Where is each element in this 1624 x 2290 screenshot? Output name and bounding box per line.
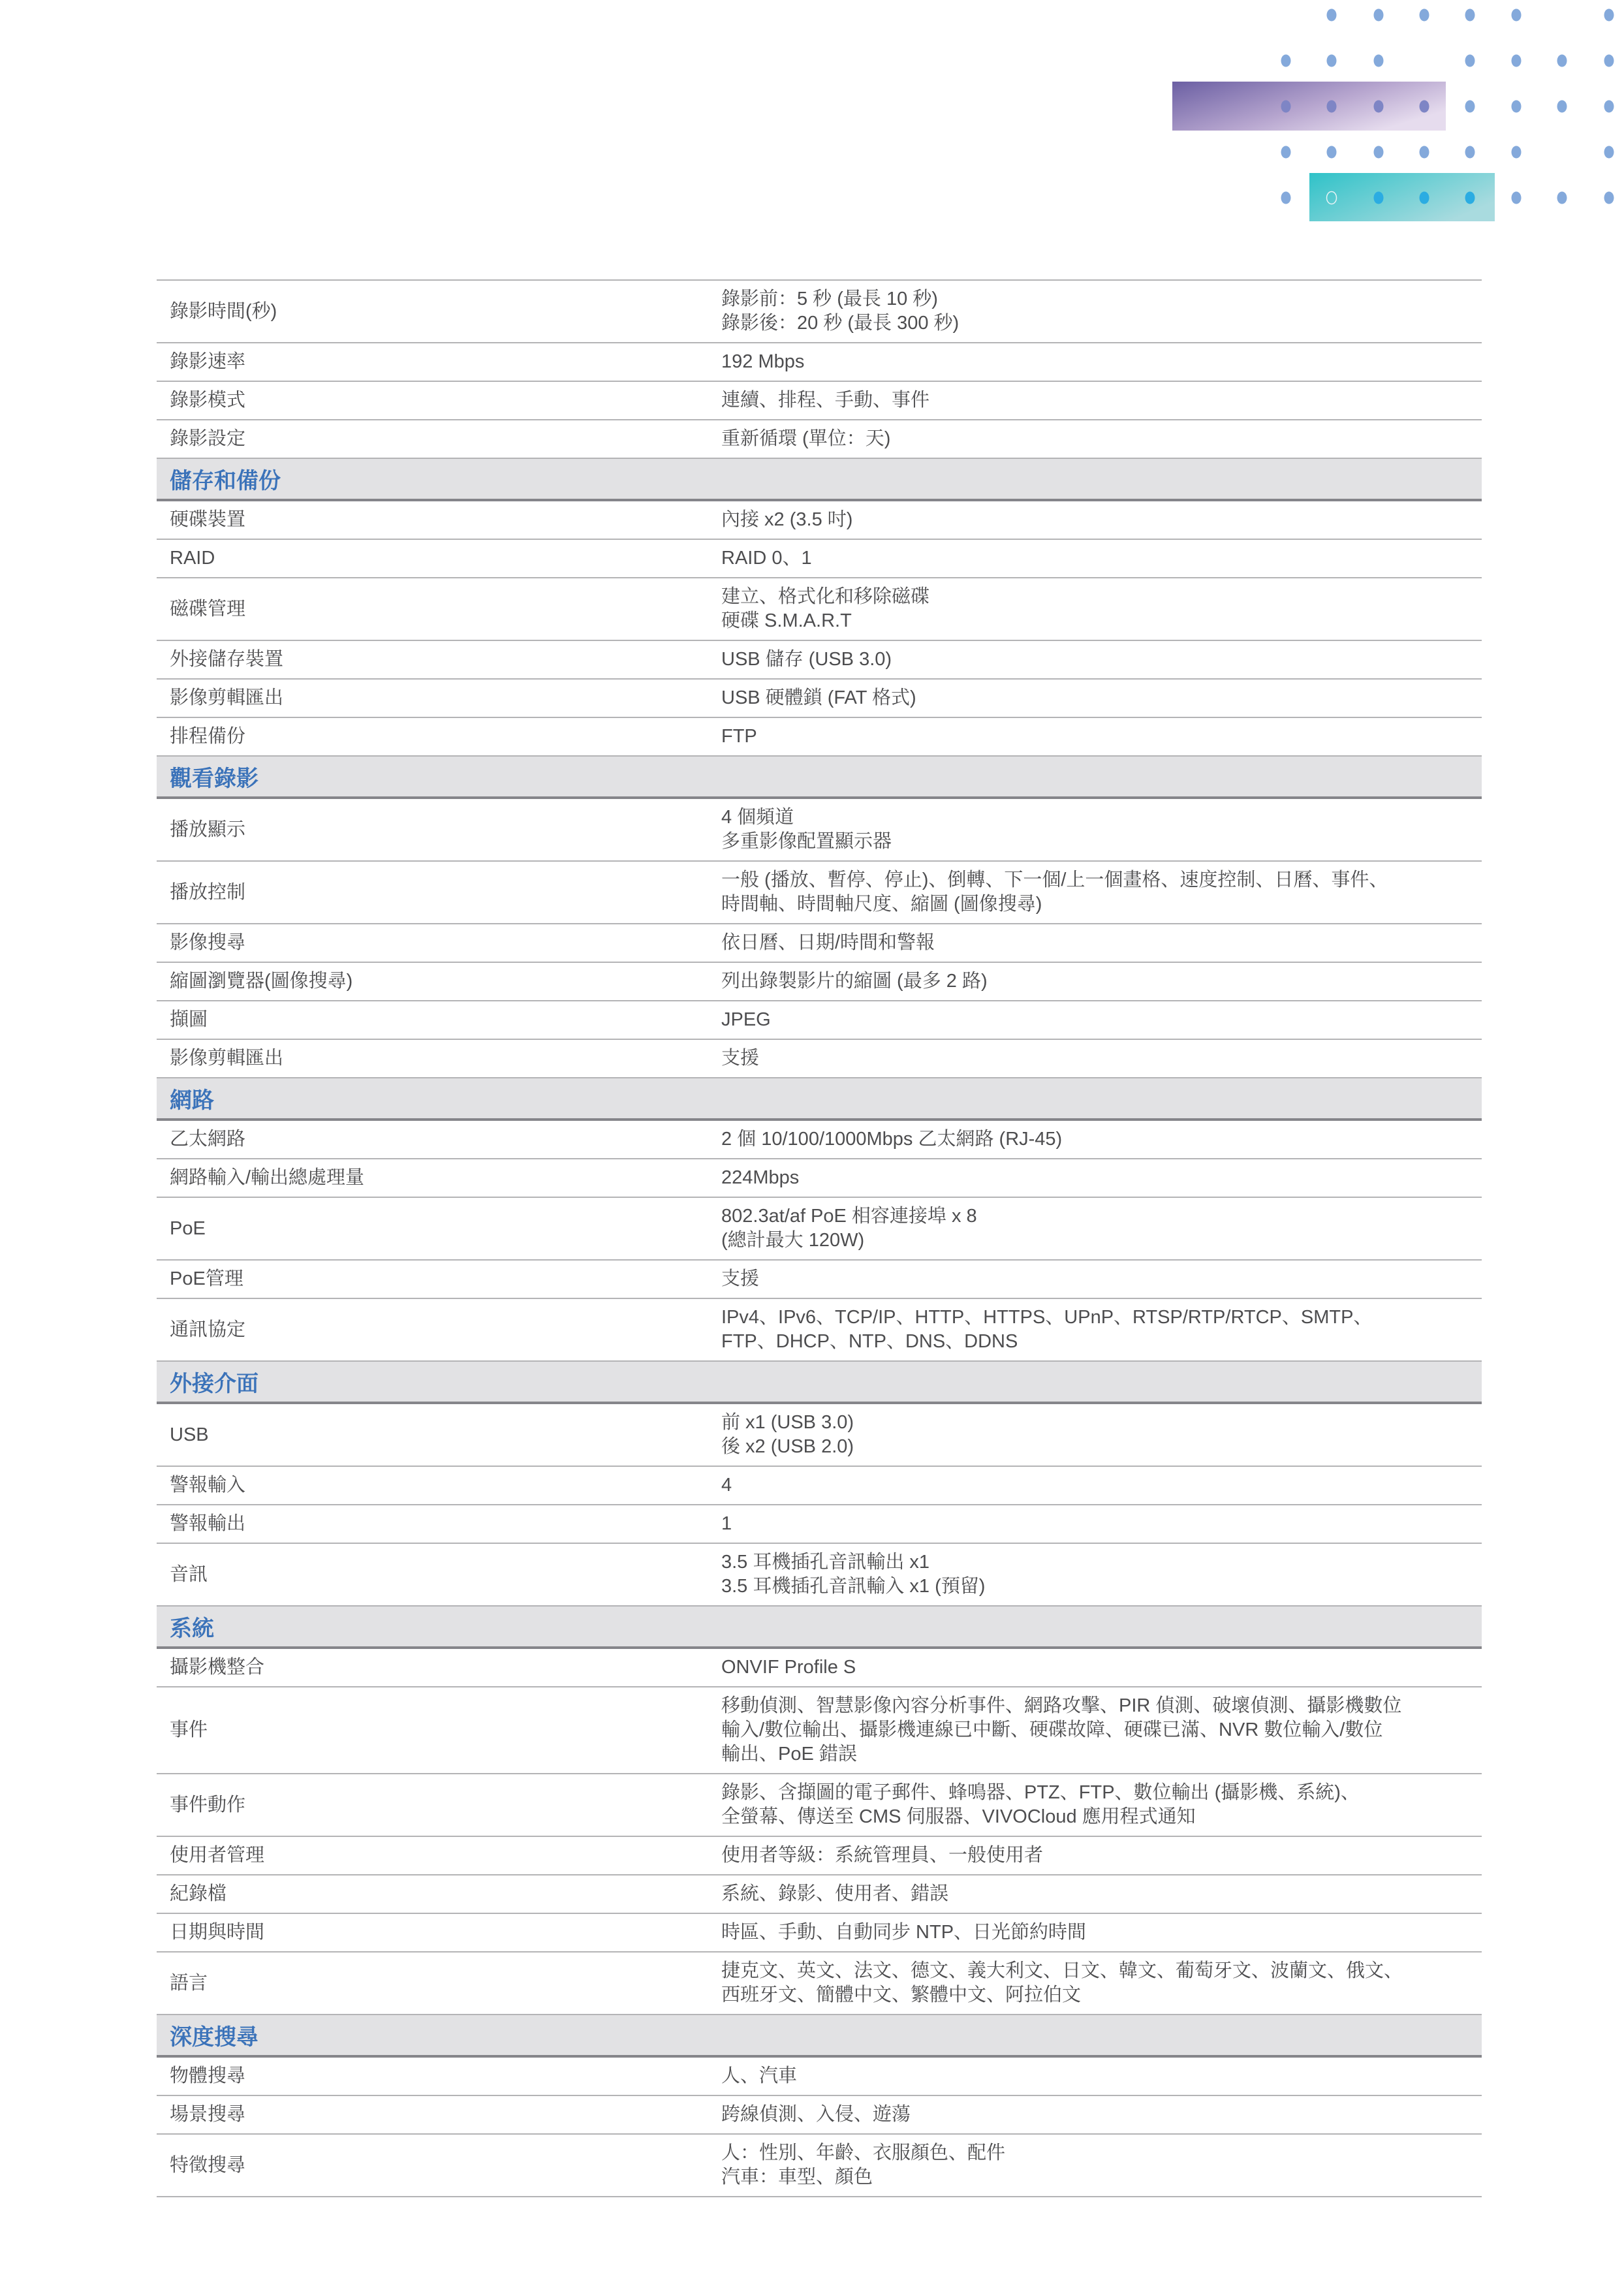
spec-value-line: 4 (721, 1473, 1482, 1498)
section-header: 觀看錄影 (157, 757, 1482, 799)
spec-value: 802.3at/af PoE 相容連接埠 x 8(總計最大 120W) (721, 1204, 1482, 1253)
spec-row: 播放顯示4 個頻道多重影像配置顯示器 (157, 799, 1482, 862)
spec-label: 警報輸入 (157, 1473, 721, 1498)
spec-value: 3.5 耳機插孔音訊輸出 x13.5 耳機插孔音訊輸入 x1 (預留) (721, 1550, 1482, 1599)
spec-value-line: 時區、手動、自動同步 NTP、日光節約時間 (721, 1921, 1482, 1945)
spec-row: 影像剪輯匯出USB 硬體鎖 (FAT 格式) (157, 680, 1482, 718)
spec-row: 磁碟管理建立、格式化和移除磁碟硬碟 S.M.A.R.T (157, 578, 1482, 641)
spec-row: 使用者管理使用者等級：系統管理員、一般使用者 (157, 1837, 1482, 1875)
spec-value-line: 人：性別、年齡、衣服顏色、配件 (721, 2141, 1482, 2165)
spec-value: 依日曆、日期/時間和警報 (721, 931, 1482, 955)
spec-row: 播放控制一般 (播放、暫停、停止)、倒轉、下一個/上一個畫格、速度控制、日曆、事… (157, 862, 1482, 924)
spec-value-line: 224Mbps (721, 1166, 1482, 1190)
spec-label: 場景搜尋 (157, 2103, 721, 2127)
spec-value: 224Mbps (721, 1166, 1482, 1190)
spec-label: 擷圖 (157, 1008, 721, 1032)
spec-value-line: 4 個頻道 (721, 806, 1482, 830)
spec-value-line: 依日曆、日期/時間和警報 (721, 931, 1482, 955)
spec-value: 1 (721, 1512, 1482, 1536)
spec-value-line: 錄影、含擷圖的電子郵件、蜂鳴器、PTZ、FTP、數位輸出 (攝影機、系統)、 (721, 1781, 1482, 1805)
spec-value-line: 系統、錄影、使用者、錯誤 (721, 1882, 1482, 1906)
spec-value-line: 後 x2 (USB 2.0) (721, 1435, 1482, 1459)
spec-row: USB前 x1 (USB 3.0)後 x2 (USB 2.0) (157, 1404, 1482, 1467)
spec-label: 乙太網路 (157, 1127, 721, 1152)
spec-row: 事件動作錄影、含擷圖的電子郵件、蜂鳴器、PTZ、FTP、數位輸出 (攝影機、系統… (157, 1774, 1482, 1837)
spec-label: 語言 (157, 1971, 721, 1996)
spec-label: 錄影模式 (157, 388, 721, 413)
spec-row: PoE管理支援 (157, 1261, 1482, 1299)
spec-label: 音訊 (157, 1563, 721, 1587)
spec-value: ONVIF Profile S (721, 1655, 1482, 1680)
section-title: 系統 (170, 1610, 214, 1642)
spec-value-line: JPEG (721, 1008, 1482, 1032)
spec-value: 支援 (721, 1267, 1482, 1291)
spec-row: 語言捷克文、英文、法文、德文、義大利文、日文、韓文、葡萄牙文、波蘭文、俄文、西班… (157, 1953, 1482, 2015)
section-header: 系統 (157, 1607, 1482, 1649)
spec-value-line: 錄影前：5 秒 (最長 10 秒) (721, 287, 1482, 311)
spec-label: PoE (157, 1217, 721, 1241)
spec-value: 時區、手動、自動同步 NTP、日光節約時間 (721, 1921, 1482, 1945)
spec-label: 物體搜尋 (157, 2064, 721, 2088)
spec-row: 乙太網路2 個 10/100/1000Mbps 乙太網路 (RJ-45) (157, 1121, 1482, 1159)
spec-label: 日期與時間 (157, 1921, 721, 1945)
spec-row: 錄影設定重新循環 (單位：天) (157, 420, 1482, 459)
spec-row: 音訊3.5 耳機插孔音訊輸出 x13.5 耳機插孔音訊輸入 x1 (預留) (157, 1544, 1482, 1607)
spec-label: 錄影速率 (157, 350, 721, 374)
spec-value-line: 建立、格式化和移除磁碟 (721, 585, 1482, 609)
spec-value-line: 1 (721, 1512, 1482, 1536)
spec-label: 特徵搜尋 (157, 2154, 721, 2178)
spec-value-line: 前 x1 (USB 3.0) (721, 1411, 1482, 1435)
spec-value-line: ONVIF Profile S (721, 1655, 1482, 1680)
spec-value-line: 支援 (721, 1267, 1482, 1291)
spec-row: 紀錄檔系統、錄影、使用者、錯誤 (157, 1875, 1482, 1914)
spec-value: 跨線偵測、入侵、遊蕩 (721, 2103, 1482, 2127)
spec-value-line: (總計最大 120W) (721, 1229, 1482, 1253)
spec-row: 影像剪輯匯出支援 (157, 1040, 1482, 1078)
spec-row: 警報輸入4 (157, 1467, 1482, 1505)
section-header: 網路 (157, 1078, 1482, 1121)
spec-label: 影像搜尋 (157, 931, 721, 955)
spec-label: 事件 (157, 1718, 721, 1742)
spec-row: 錄影模式連續、排程、手動、事件 (157, 382, 1482, 420)
spec-value-line: 使用者等級：系統管理員、一般使用者 (721, 1843, 1482, 1868)
spec-value-line: 802.3at/af PoE 相容連接埠 x 8 (721, 1204, 1482, 1229)
spec-value-line: RAID 0、1 (721, 546, 1482, 571)
spec-row: 物體搜尋人、汽車 (157, 2058, 1482, 2096)
spec-label: 紀錄檔 (157, 1882, 721, 1906)
spec-value: 192 Mbps (721, 350, 1482, 374)
spec-value-line: IPv4、IPv6、TCP/IP、HTTP、HTTPS、UPnP、RTSP/RT… (721, 1306, 1482, 1330)
spec-label: 播放控制 (157, 881, 721, 905)
spec-value-line: 捷克文、英文、法文、德文、義大利文、日文、韓文、葡萄牙文、波蘭文、俄文、 (721, 1959, 1482, 1983)
spec-label: 排程備份 (157, 725, 721, 749)
spec-label: 警報輸出 (157, 1512, 721, 1536)
spec-value: 系統、錄影、使用者、錯誤 (721, 1882, 1482, 1906)
spec-value-line: 連續、排程、手動、事件 (721, 388, 1482, 413)
spec-value-line: 西班牙文、簡體中文、繁體中文、阿拉伯文 (721, 1983, 1482, 2007)
spec-value: USB 硬體鎖 (FAT 格式) (721, 686, 1482, 710)
spec-value-line: 輸入/數位輸出、攝影機連線已中斷、硬碟故障、硬碟已滿、NVR 數位輸入/數位 (721, 1718, 1482, 1742)
spec-value-line: 全螢幕、傳送至 CMS 伺服器、VIVOCloud 應用程式通知 (721, 1805, 1482, 1829)
spec-row: 特徵搜尋人：性別、年齡、衣服顏色、配件汽車：車型、顏色 (157, 2135, 1482, 2197)
spec-label: 磁碟管理 (157, 597, 721, 621)
spec-value-line: FTP (721, 725, 1482, 749)
spec-label: 影像剪輯匯出 (157, 1046, 721, 1071)
spec-value-line: USB 儲存 (USB 3.0) (721, 648, 1482, 672)
spec-row: 日期與時間時區、手動、自動同步 NTP、日光節約時間 (157, 1914, 1482, 1953)
spec-value-line: 輸出、PoE 錯誤 (721, 1742, 1482, 1766)
spec-value-line: 多重影像配置顯示器 (721, 830, 1482, 854)
spec-value-line: 跨線偵測、入侵、遊蕩 (721, 2103, 1482, 2127)
spec-row: 錄影時間(秒)錄影前：5 秒 (最長 10 秒)錄影後：20 秒 (最長 300… (157, 281, 1482, 343)
spec-row: 排程備份FTP (157, 718, 1482, 757)
spec-value-line: 移動偵測、智慧影像內容分析事件、網路攻擊、PIR 偵測、破壞偵測、攝影機數位 (721, 1694, 1482, 1718)
spec-value-line: 3.5 耳機插孔音訊輸出 x1 (721, 1550, 1482, 1575)
spec-row: 擷圖JPEG (157, 1001, 1482, 1040)
section-title: 深度搜尋 (170, 2019, 258, 2051)
spec-value: 前 x1 (USB 3.0)後 x2 (USB 2.0) (721, 1411, 1482, 1459)
spec-value: 內接 x2 (3.5 吋) (721, 508, 1482, 532)
spec-row: 場景搜尋跨線偵測、入侵、遊蕩 (157, 2096, 1482, 2135)
spec-value: 列出錄製影片的縮圖 (最多 2 路) (721, 969, 1482, 994)
gradient-bar-purple (1172, 82, 1446, 131)
spec-value: IPv4、IPv6、TCP/IP、HTTP、HTTPS、UPnP、RTSP/RT… (721, 1306, 1482, 1354)
spec-value: 4 個頻道多重影像配置顯示器 (721, 806, 1482, 854)
spec-value: 4 (721, 1473, 1482, 1498)
spec-label: 硬碟裝置 (157, 508, 721, 532)
spec-value-line: 一般 (播放、暫停、停止)、倒轉、下一個/上一個畫格、速度控制、日曆、事件、 (721, 868, 1482, 892)
spec-label: 通訊協定 (157, 1318, 721, 1342)
spec-value-line: FTP、DHCP、NTP、DNS、DDNS (721, 1330, 1482, 1354)
spec-value-line: 時間軸、時間軸尺度、縮圖 (圖像搜尋) (721, 892, 1482, 917)
spec-row: RAIDRAID 0、1 (157, 540, 1482, 578)
spec-row: 外接儲存裝置USB 儲存 (USB 3.0) (157, 641, 1482, 680)
spec-row: 錄影速率192 Mbps (157, 343, 1482, 382)
spec-label: 錄影設定 (157, 427, 721, 451)
section-header: 深度搜尋 (157, 2015, 1482, 2058)
spec-row: 硬碟裝置內接 x2 (3.5 吋) (157, 501, 1482, 540)
spec-label: 縮圖瀏覽器(圖像搜尋) (157, 969, 721, 994)
section-header: 儲存和備份 (157, 459, 1482, 501)
spec-value-line: 列出錄製影片的縮圖 (最多 2 路) (721, 969, 1482, 994)
spec-value-line: 3.5 耳機插孔音訊輸入 x1 (預留) (721, 1575, 1482, 1599)
section-title: 觀看錄影 (170, 761, 258, 792)
spec-value: 人、汽車 (721, 2064, 1482, 2088)
spec-label: 影像剪輯匯出 (157, 686, 721, 710)
section-title: 外接介面 (170, 1366, 258, 1398)
spec-label: 播放顯示 (157, 818, 721, 842)
spec-label: 攝影機整合 (157, 1655, 721, 1680)
section-header: 外接介面 (157, 1362, 1482, 1404)
spec-value: 一般 (播放、暫停、停止)、倒轉、下一個/上一個畫格、速度控制、日曆、事件、時間… (721, 868, 1482, 917)
spec-value: 連續、排程、手動、事件 (721, 388, 1482, 413)
spec-value: 重新循環 (單位：天) (721, 427, 1482, 451)
spec-value-line: 汽車：車型、顏色 (721, 2165, 1482, 2189)
spec-row: 警報輸出1 (157, 1505, 1482, 1544)
spec-value-line: 內接 x2 (3.5 吋) (721, 508, 1482, 532)
spec-value: 錄影、含擷圖的電子郵件、蜂鳴器、PTZ、FTP、數位輸出 (攝影機、系統)、全螢… (721, 1781, 1482, 1829)
spec-value: 使用者等級：系統管理員、一般使用者 (721, 1843, 1482, 1868)
spec-label: 錄影時間(秒) (157, 300, 721, 324)
spec-value: 人：性別、年齡、衣服顏色、配件汽車：車型、顏色 (721, 2141, 1482, 2189)
spec-label: 網路輸入/輸出總處理量 (157, 1166, 721, 1190)
spec-value: 2 個 10/100/1000Mbps 乙太網路 (RJ-45) (721, 1127, 1482, 1152)
spec-label: 外接儲存裝置 (157, 648, 721, 672)
spec-value: 捷克文、英文、法文、德文、義大利文、日文、韓文、葡萄牙文、波蘭文、俄文、西班牙文… (721, 1959, 1482, 2007)
spec-label: USB (157, 1423, 721, 1447)
spec-value-line: 192 Mbps (721, 350, 1482, 374)
spec-value-line: 人、汽車 (721, 2064, 1482, 2088)
spec-label: PoE管理 (157, 1267, 721, 1291)
spec-value: JPEG (721, 1008, 1482, 1032)
spec-value: RAID 0、1 (721, 546, 1482, 571)
spec-label: RAID (157, 546, 721, 571)
decoration-dots-and-bars (1110, 0, 1624, 235)
spec-table: 錄影時間(秒)錄影前：5 秒 (最長 10 秒)錄影後：20 秒 (最長 300… (157, 279, 1482, 2197)
spec-value: 錄影前：5 秒 (最長 10 秒)錄影後：20 秒 (最長 300 秒) (721, 287, 1482, 336)
spec-value: FTP (721, 725, 1482, 749)
spec-value-line: 2 個 10/100/1000Mbps 乙太網路 (RJ-45) (721, 1127, 1482, 1152)
spec-label: 使用者管理 (157, 1843, 721, 1868)
spec-label: 事件動作 (157, 1793, 721, 1817)
spec-value-line: 硬碟 S.M.A.R.T (721, 609, 1482, 633)
spec-value-line: 錄影後：20 秒 (最長 300 秒) (721, 311, 1482, 336)
spec-value: 移動偵測、智慧影像內容分析事件、網路攻擊、PIR 偵測、破壞偵測、攝影機數位輸入… (721, 1694, 1482, 1766)
spec-value-line: 支援 (721, 1046, 1482, 1071)
spec-row: 網路輸入/輸出總處理量224Mbps (157, 1159, 1482, 1198)
spec-value: USB 儲存 (USB 3.0) (721, 648, 1482, 672)
spec-row: 通訊協定IPv4、IPv6、TCP/IP、HTTP、HTTPS、UPnP、RTS… (157, 1299, 1482, 1362)
section-title: 網路 (170, 1082, 214, 1114)
spec-value: 支援 (721, 1046, 1482, 1071)
spec-value: 建立、格式化和移除磁碟硬碟 S.M.A.R.T (721, 585, 1482, 633)
spec-row: 攝影機整合ONVIF Profile S (157, 1649, 1482, 1687)
spec-row: 縮圖瀏覽器(圖像搜尋)列出錄製影片的縮圖 (最多 2 路) (157, 963, 1482, 1001)
spec-value-line: USB 硬體鎖 (FAT 格式) (721, 686, 1482, 710)
spec-row: 影像搜尋依日曆、日期/時間和警報 (157, 924, 1482, 963)
spec-row: PoE802.3at/af PoE 相容連接埠 x 8(總計最大 120W) (157, 1198, 1482, 1261)
spec-row: 事件移動偵測、智慧影像內容分析事件、網路攻擊、PIR 偵測、破壞偵測、攝影機數位… (157, 1687, 1482, 1774)
spec-value-line: 重新循環 (單位：天) (721, 427, 1482, 451)
section-title: 儲存和備份 (170, 463, 281, 495)
